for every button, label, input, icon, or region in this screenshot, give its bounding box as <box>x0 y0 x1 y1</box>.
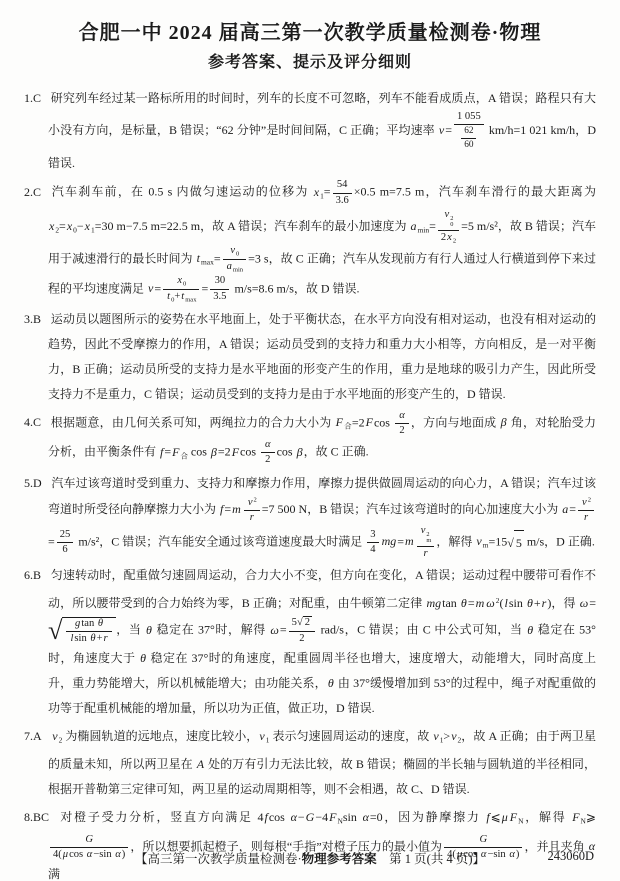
math-fraction: 1 0556260 <box>454 111 484 151</box>
math-variable-script: v2 <box>51 729 62 743</box>
math-variable: F <box>365 415 374 429</box>
math-variable: G <box>478 834 488 845</box>
math-variable: G <box>84 834 94 845</box>
math-variable-script: x0 <box>66 219 77 233</box>
math-variable: r <box>583 512 589 523</box>
math-fraction: 5√22 <box>289 616 315 645</box>
math-variable: A <box>196 757 205 771</box>
math-variable-script: FN <box>571 810 586 824</box>
answer-label: 6.B <box>24 568 41 582</box>
footer-text-left: 【高三第一次教学质量检测卷· <box>135 852 302 866</box>
math-variable-script: x1 <box>84 219 95 233</box>
answer-label: 8.BC <box>24 810 49 824</box>
math-variable-script: v0 <box>229 245 239 256</box>
math-variable: F <box>231 445 240 459</box>
answer-item: 7.Av2 为椭圆轨道的远地点，速度比较小，v1 表示匀速圆周运动的速度，故 v… <box>24 724 596 803</box>
math-variable: ω <box>269 623 279 637</box>
math-variable: ω <box>579 596 589 610</box>
math-variable: α <box>290 810 298 824</box>
footer-code: 243060D <box>547 849 594 864</box>
answer-item: 2.C汽车刹车前，在 0.5 s 内做匀速运动的位移为 x1=543.6×0.5… <box>24 179 596 303</box>
math-variable: r <box>541 596 548 610</box>
math-variable-script: v2 <box>581 497 591 508</box>
math-variable: l <box>69 633 74 644</box>
math-variable: θ <box>526 623 534 637</box>
math-variable: a <box>561 502 569 516</box>
math-variable: r <box>422 548 428 559</box>
answer-item: 4.C根据题意，由几何关系可知，两绳拉力的合力大小为 F合=2Fcos α2，方… <box>24 410 596 469</box>
math-variable: m <box>404 534 415 548</box>
math-variable: α <box>362 810 370 824</box>
answer-item: 5.D汽车过该弯道时受到重力、支持力和摩擦力作用，摩擦力提供做圆周运动的向心力，… <box>24 471 596 560</box>
math-variable: r <box>249 512 255 523</box>
footer-text-right: 第 1 页(共 4 页)】 <box>377 852 485 866</box>
math-variable-script: v2m <box>420 525 432 536</box>
math-variable: θ <box>526 596 534 610</box>
math-variable: f <box>263 810 268 824</box>
answer-item: 6.B匀速转动时，配重做匀速圆周运动，合力大小不变，但方向在变化，A 错误；运动… <box>24 563 596 720</box>
math-variable: θ <box>89 633 96 644</box>
math-variable-script: vm <box>475 534 488 548</box>
answer-item: 8.BC对橙子受力分析，竖直方向满足 4fcos α−G−4FNsin α=0，… <box>24 805 596 881</box>
math-variable: θ <box>97 618 104 629</box>
footer-text-bold: 物理参考答案 <box>302 852 377 866</box>
math-variable-script: v1 <box>258 729 269 743</box>
math-variable: l <box>503 596 508 610</box>
math-fraction: α2 <box>261 439 275 467</box>
answer-label: 3.B <box>24 312 41 326</box>
math-variable-script: v20 <box>444 209 454 220</box>
math-variable: μ <box>501 810 509 824</box>
page-title: 合肥一中 2024 届高三第一次教学质量检测卷·物理 <box>24 16 596 45</box>
math-fraction: 543.6 <box>333 179 352 207</box>
math-fraction: 256 <box>57 529 74 557</box>
math-variable-script: F合 <box>171 445 188 459</box>
answers-list: 1.C研究列车经过某一路标所用的时间时，列车的长度不可忽略，列车不能看成质点，A… <box>24 86 596 881</box>
math-fraction: v2r <box>244 496 260 525</box>
math-fraction: 6260 <box>461 126 476 151</box>
math-sqrt: √2 <box>297 616 312 629</box>
answer-label: 1.C <box>24 91 41 105</box>
math-variable-script: x2 <box>446 232 456 243</box>
math-variable: mg <box>425 596 442 610</box>
math-variable-script: F合 <box>335 415 352 429</box>
math-variable: θ <box>145 623 153 637</box>
math-variable-script: v2 <box>247 497 257 508</box>
math-variable: θ <box>139 651 147 665</box>
answer-label: 4.C <box>24 415 41 429</box>
math-variable: m <box>475 596 486 610</box>
math-variable: θ <box>460 596 468 610</box>
math-variable: v <box>438 123 445 137</box>
math-variable-script: FN <box>509 810 524 824</box>
math-variable-script: amin <box>409 219 429 233</box>
answer-item: 1.C研究列车经过某一路标所用的时间时，列车的长度不可忽略，列车不能看成质点，A… <box>24 86 596 176</box>
math-variable-script: x1 <box>313 185 324 199</box>
answer-item: 3.B运动员以题图所示的姿势在水平地面上，处于平衡状态，在水平方向没有相对运动，… <box>24 307 596 407</box>
answer-label: 5.D <box>24 476 42 490</box>
math-fraction: v202x2 <box>438 209 459 245</box>
math-variable: G <box>305 810 316 824</box>
document-page: 合肥一中 2024 届高三第一次教学质量检测卷·物理 参考答案、提示及评分细则 … <box>0 0 620 881</box>
math-variable-script: tmax <box>180 291 196 302</box>
answer-label: 7.A <box>24 729 42 743</box>
math-variable-script: amin <box>226 261 243 272</box>
math-variable: g <box>74 618 81 629</box>
math-sqrt: √gtan θlsin θ+r <box>48 617 116 646</box>
math-variable: f <box>159 445 164 459</box>
math-fraction: v0amin <box>223 245 246 274</box>
math-variable-script: FN <box>328 810 343 824</box>
math-variable-script: v1 <box>432 729 443 743</box>
math-fraction: v2r <box>578 496 594 525</box>
page-subtitle: 参考答案、提示及评分细则 <box>24 49 596 72</box>
math-variable: f <box>219 502 224 516</box>
math-fraction: α2 <box>395 410 409 438</box>
math-variable: θ <box>327 676 335 690</box>
math-variable-script: v2 <box>450 729 461 743</box>
math-variable-script: x2 <box>48 219 59 233</box>
math-variable: β <box>296 445 304 459</box>
math-fraction: 34 <box>367 529 378 557</box>
math-variable: m <box>231 502 242 516</box>
math-fraction: 303.5 <box>210 275 229 303</box>
math-variable-script: tmax <box>196 251 214 265</box>
math-variable: v <box>147 281 154 295</box>
math-variable-script: x0 <box>176 275 186 286</box>
footer-text: 【高三第一次教学质量检测卷·物理参考答案 第 1 页(共 4 页)】 <box>135 852 485 866</box>
answer-label: 2.C <box>24 185 41 199</box>
math-fraction: gtan θlsin θ+r <box>66 618 111 646</box>
page-footer: 【高三第一次教学质量检测卷·物理参考答案 第 1 页(共 4 页)】 24306… <box>0 849 620 867</box>
math-variable-script: t0 <box>166 291 174 302</box>
math-fraction: v2mr <box>417 525 435 561</box>
math-variable: f <box>485 810 490 824</box>
math-variable: α <box>264 439 272 450</box>
math-fraction: x0t0+tmax <box>163 275 199 304</box>
math-variable-script: ω2 <box>485 596 499 610</box>
math-sqrt: √5 <box>507 530 524 556</box>
math-variable: mg <box>381 534 398 548</box>
math-variable: β <box>500 415 508 429</box>
math-variable: β <box>210 445 218 459</box>
math-variable: r <box>103 633 109 644</box>
math-variable: α <box>398 410 406 421</box>
